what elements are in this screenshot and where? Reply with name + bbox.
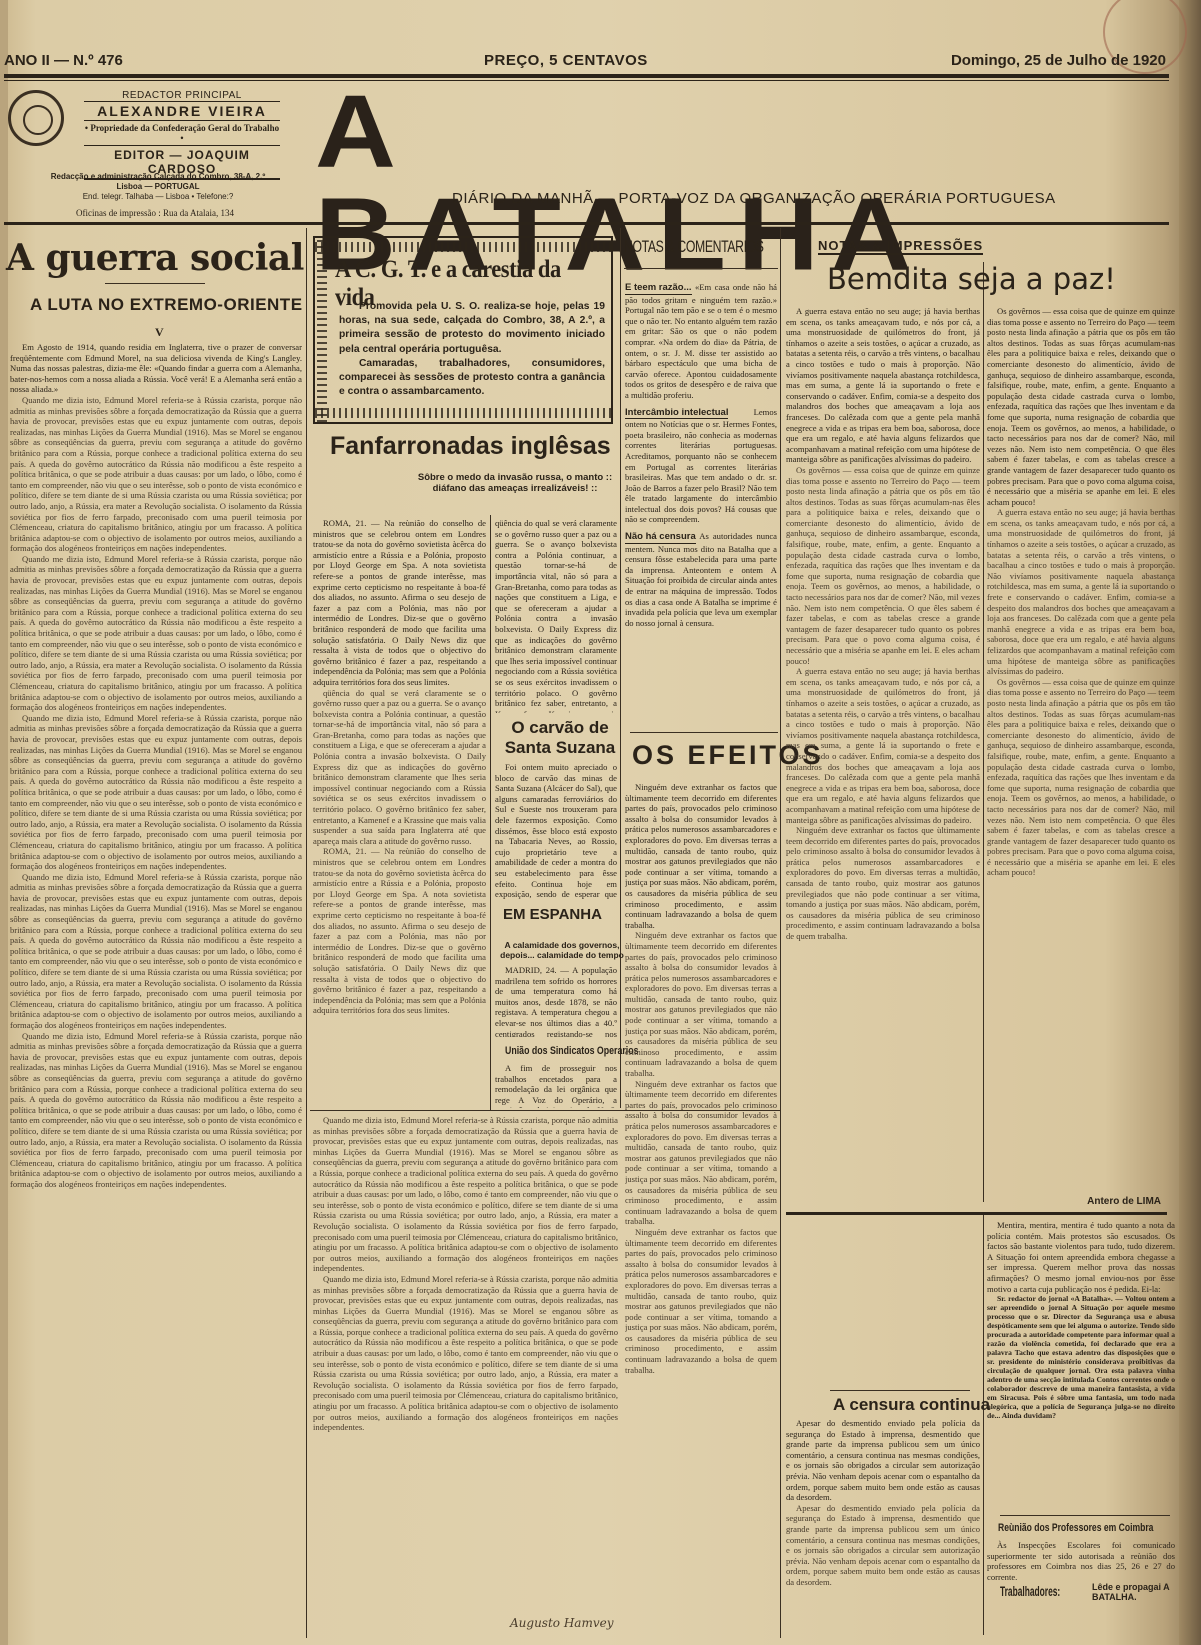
article-guerra-text-cont: Quando me dizia isto, Edmund Morel refer…	[10, 713, 302, 872]
bemdita-col-2: Os govêrnos — essa coisa que de quinze e…	[987, 306, 1175, 1184]
guerra-continuation-text: Quando me dizia isto, Edmund Morel refer…	[313, 1115, 618, 1274]
footer-slogan-label: Trabalhadores:	[1000, 1583, 1060, 1599]
fanfarronadas-text-2: qüência do qual se verá claramente se o …	[495, 518, 617, 713]
headline-reuniao-professores: Reùnião dos Professores em Coimbra	[998, 1522, 1153, 1534]
reuniao-text: Às Inspecções Escolares foi comunicado s…	[987, 1540, 1175, 1580]
headline-uniao-sindicatos: União dos Sindicatos Operarios	[505, 1045, 639, 1057]
bemdita-text-1: A guerra estava então no seu auge; já ha…	[786, 306, 980, 465]
article-guerra-lead: Em Agosto de 1914, quando residia em Ing…	[10, 342, 302, 395]
section-notas-comentarios: NOTAS & COMENTARIOS	[624, 237, 764, 257]
censura-body: Apesar do desmentido enviado pela políci…	[786, 1418, 980, 1633]
subhead-fanfarronadas: Sôbre o medo da invasão russa, o manto :…	[415, 472, 615, 494]
property-line: • Propriedade da Confederação Geral do T…	[84, 121, 280, 146]
subhead-espanha: A calamidade dos governos, depois... cal…	[497, 940, 627, 960]
espanha-body: MADRID, 24. — A população madrilena tem …	[495, 965, 617, 1037]
note-text-intercambio: Lemos ontem no Notícias que o sr. Hermes…	[625, 407, 777, 525]
fanfarronadas-text-1-cont: qüência do qual se verá claramente se o …	[313, 688, 486, 847]
carvao-text: Foi ontem muito apreciado o bloco de car…	[495, 762, 617, 900]
mentira-text: Mentira, mentira, mentira é tudo quanto …	[987, 1220, 1175, 1294]
censura-text: Apesar do desmentido enviado pela políci…	[786, 1418, 980, 1503]
address-line-2: Lisboa — PORTUGAL	[116, 182, 199, 191]
bemdita-text-1-cont: Os govêrnos — essa coisa que de quinze e…	[786, 465, 980, 666]
credits-block: REDACTOR PRINCIPAL ALEXANDRE VIEIRA • Pr…	[84, 90, 280, 180]
masthead-rule	[4, 74, 1169, 78]
guerra-continuation: Quando me dizia isto, Edmund Morel refer…	[313, 1115, 618, 1635]
section-rule	[624, 268, 778, 269]
column-divider	[983, 262, 984, 1202]
greek-key-border	[315, 242, 611, 252]
article-guerra-text-cont: Quando me dizia isto, Edmund Morel refer…	[10, 1031, 302, 1190]
column-divider	[620, 228, 621, 1108]
page-right-edge	[1179, 0, 1201, 1645]
section-rule	[830, 1390, 970, 1391]
headline-carvao-santa-suzana: O carvão de Santa Suzana	[495, 718, 625, 758]
bemdita-text-2-cont: A guerra estava então no seu auge; já ha…	[987, 507, 1175, 677]
redactor-label: REDACTOR PRINCIPAL	[84, 90, 280, 102]
bemdita-col-1: A guerra estava então no seu auge; já ha…	[786, 306, 980, 1386]
headline-underline	[105, 283, 205, 284]
handwritten-signature: Augusto Hamvey	[510, 1616, 613, 1630]
price: PREÇO, 5 CENTAVOS	[484, 52, 648, 69]
note-text-nao-ha-censura: As autoridades nunca mentem. Nunca mos d…	[625, 531, 777, 628]
article-guerra-text-cont: Quando me dizia isto, Edmund Morel refer…	[10, 554, 302, 713]
efeitos-text-cont: Ninguém deve extranhar os factos que ùlt…	[625, 930, 777, 1078]
fanfarronadas-text-1: ROMA, 21. — Na reùnião do conselho de mi…	[313, 518, 486, 688]
part-number: V	[155, 325, 164, 340]
efeitos-text: Ninguém deve extranhar os factos que ùlt…	[625, 782, 777, 930]
bemdita-text-2: Os govêrnos — essa coisa que de quinze e…	[987, 306, 1175, 507]
note-label-e-teem-razao: E teem razão...	[625, 283, 692, 295]
redactor-name: ALEXANDRE VIEIRA	[84, 102, 280, 121]
bemdita-text-1-cont: Ninguém deve extranhar os factos que ùlt…	[786, 825, 980, 942]
fanfarronadas-text-1-cont: ROMA, 21. — Na reùnião do conselho de mi…	[313, 846, 486, 1016]
cgt-paragraph-2: Camaradas, trabalhadores, consumidores, …	[339, 357, 605, 400]
address-line-1: Redacção e administração Calçada do Comb…	[51, 172, 266, 181]
issue-date: Domingo, 25 de Julho de 1920	[951, 52, 1166, 69]
headline-em-espanha: EM ESPANHA	[503, 906, 602, 923]
section-rule	[630, 732, 778, 733]
guerra-continuation-text: Quando me dizia isto, Edmund Morel refer…	[313, 1274, 618, 1433]
note-label-intercambio: Intercâmbio intelectual	[625, 408, 728, 420]
reuniao-body: Às Inspecções Escolares foi comunicado s…	[987, 1540, 1175, 1580]
column-divider	[306, 228, 307, 1638]
issue-number: ANO II — N.º 476	[4, 52, 123, 69]
efeitos-body: Ninguém deve extranhar os factos que ùlt…	[625, 782, 777, 1632]
headline-censura-continua: A censura continua	[833, 1395, 990, 1415]
printing-address: Oficinas de impressão : Rua da Atalaia, …	[20, 208, 290, 218]
article-guerra-text-cont: Quando me dizia isto, Edmund Morel refer…	[10, 872, 302, 1031]
greek-key-border	[315, 408, 611, 418]
footer-slogan-text: Lêde e propagai A BATALHA.	[1092, 1582, 1172, 1602]
fanfarronadas-col-2: qüência do qual se verá claramente se o …	[495, 518, 617, 713]
section-rule	[786, 1212, 1167, 1215]
cgt-seal-icon	[8, 90, 64, 146]
headline-bemdita-seja-a-paz: Bemdita seja a paz!	[827, 262, 1116, 296]
cgt-notice-box: A C. G. T. e a carestia da vida Promovid…	[313, 236, 613, 424]
newspaper-page: ANO II — N.º 476 PREÇO, 5 CENTAVOS Domin…	[0, 0, 1201, 1645]
headline-guerra-social: A guerra social	[6, 237, 304, 279]
cgt-notice-body: Promovida pela U. S. O. realiza-se hoje,…	[339, 300, 605, 399]
column-divider	[983, 1215, 984, 1635]
uniao-body: A fim de prosseguir nos trabalhos enceta…	[495, 1063, 617, 1108]
bemdita-text-2-cont: Os govêrnos — essa coisa que de quinze e…	[987, 677, 1175, 878]
newspaper-subtitle: DIÁRIO DA MANHÃ — PORTA-VOZ DA ORGANIZAÇ…	[452, 190, 1056, 207]
efeitos-text-cont: Ninguém deve extranhar os factos que ùlt…	[625, 1227, 777, 1375]
greek-key-border	[317, 238, 327, 422]
subhead-luta-extremo-oriente: A LUTA NO EXTREMO-ORIENTE	[30, 295, 303, 315]
address-block: Redacção e administração Calçada do Comb…	[28, 172, 288, 202]
note-label-nao-ha-censura: Não há censura	[625, 532, 696, 544]
address-line-3: End. telegr. Talhaba — Lisboa • Telefone…	[28, 192, 288, 202]
espanha-text: MADRID, 24. — A população madrilena tem …	[495, 965, 617, 1037]
notas-comentarios-body: E teem razão... «Em casa onde não há pão…	[625, 282, 777, 702]
censura-text-cont: Apesar do desmentido enviado pela políci…	[786, 1503, 980, 1588]
headline-fanfarronadas: Fanfarronadas inglêsas	[330, 432, 611, 461]
letter-text: Sr. redactor do jornal «A Batalha». — Vo…	[987, 1294, 1175, 1420]
mentira-body: Mentira, mentira, mentira é tudo quanto …	[987, 1220, 1175, 1515]
section-notas-impressoes: NOTAS & IMPRESSÕES	[818, 238, 983, 255]
section-rule	[1000, 1515, 1170, 1516]
bemdita-text-1-cont: A guerra estava então no seu auge; já ha…	[786, 666, 980, 825]
fanfarronadas-col-1: ROMA, 21. — Na reùnião do conselho de mi…	[313, 518, 486, 1108]
carvao-body: Foi ontem muito apreciado o bloco de car…	[495, 762, 617, 900]
article-guerra-text: Quando me dizia isto, Edmund Morel refer…	[10, 395, 302, 554]
efeitos-text-cont: Ninguém deve extranhar os factos que ùlt…	[625, 1079, 777, 1227]
cgt-paragraph-1: Promovida pela U. S. O. realiza-se hoje,…	[339, 300, 605, 357]
uniao-text: A fim de prosseguir nos trabalhos enceta…	[495, 1063, 617, 1108]
column-divider	[490, 515, 491, 1110]
article-signature: Antero de LIMA	[1087, 1196, 1161, 1207]
note-text-e-teem-razao: «Em casa onde não há pão todos gritam e …	[625, 282, 777, 400]
column-divider	[780, 228, 781, 1638]
header-bottom-rule	[4, 222, 1169, 225]
article-guerra-body: Em Agosto de 1914, quando residia em Ing…	[10, 342, 302, 1632]
